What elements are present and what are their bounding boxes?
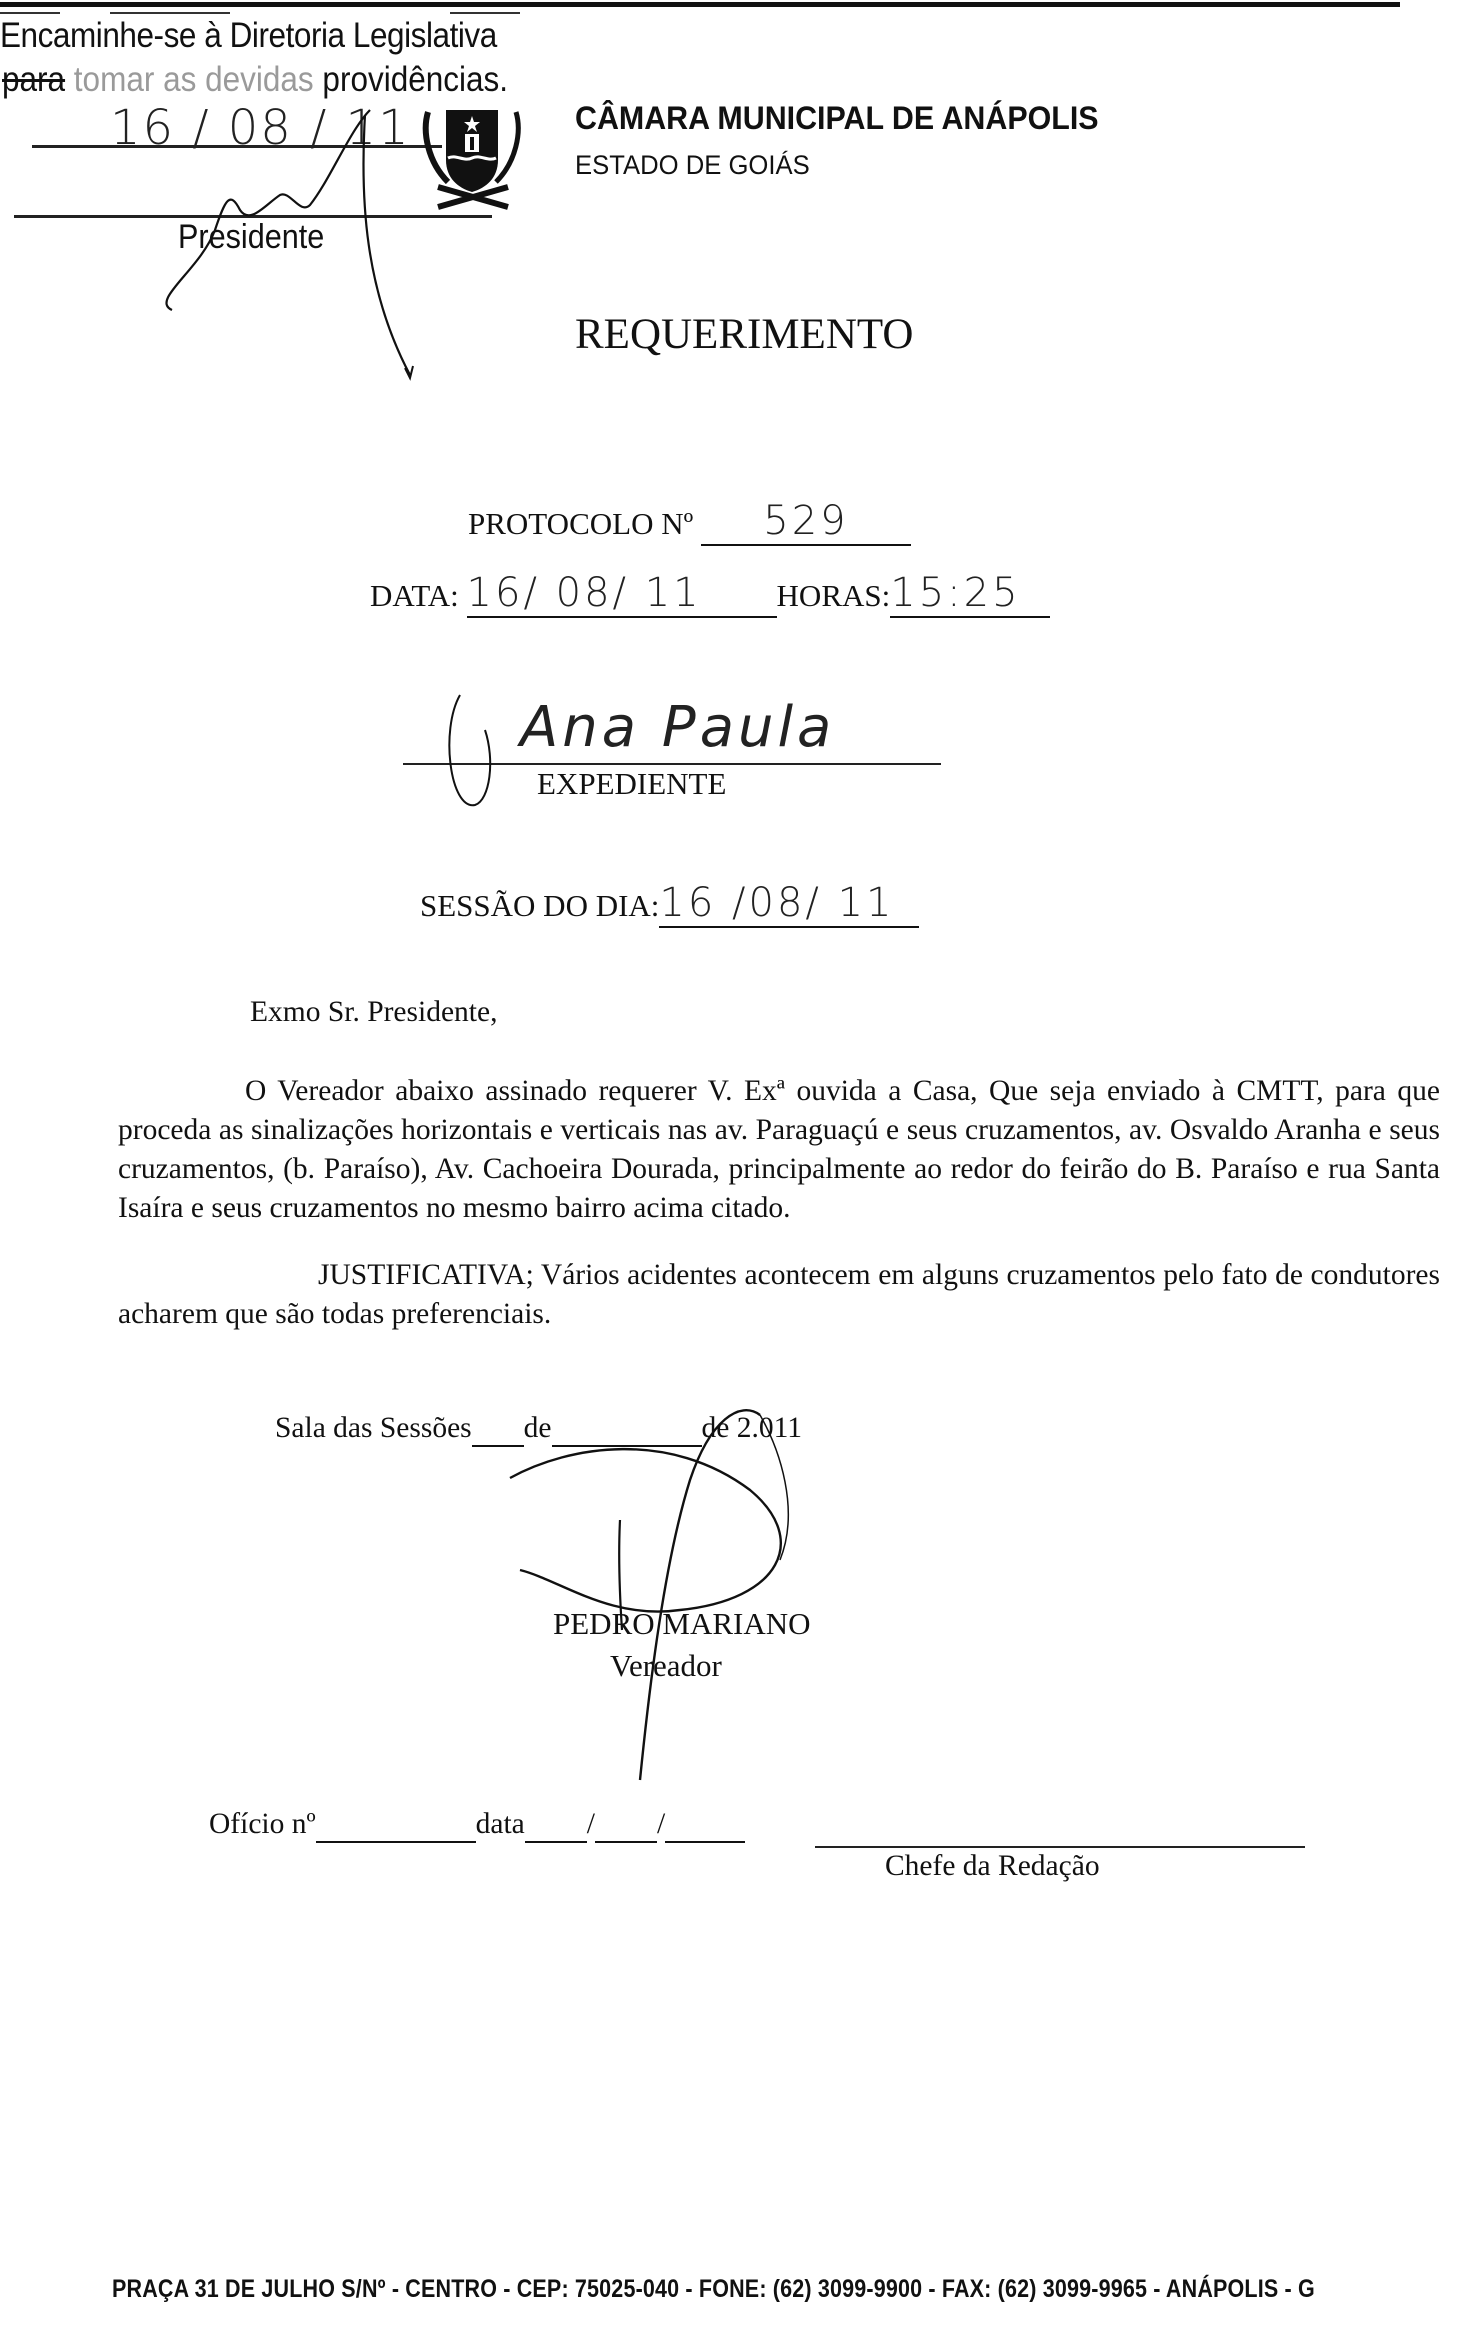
place-date-line: Sala das Sessões de de 2.011 <box>275 1412 802 1447</box>
oficio-label: Ofício nº <box>209 1808 316 1840</box>
protocol-field: PROTOCOLO Nº 529 <box>468 498 911 546</box>
scan-artifact <box>0 12 60 14</box>
stamp-presidente-label: Presidente <box>178 218 324 257</box>
session-value: 16 /08/ 11 <box>659 880 894 926</box>
organization-state: ESTADO DE GOIÁS <box>575 150 810 181</box>
data-label: data <box>476 1808 525 1840</box>
month-blank <box>552 1412 702 1447</box>
request-text: O Vereador abaixo assinado requerer V. E… <box>118 1075 1440 1224</box>
signer-name: PEDRO MARIANO <box>553 1606 811 1642</box>
salutation: Exmo Sr. Presidente, <box>250 996 497 1029</box>
year-label: de 2.011 <box>702 1412 803 1444</box>
session-value-line: 16 /08/ 11 <box>659 880 919 928</box>
stamp-date-line <box>32 145 442 148</box>
scan-artifact <box>110 12 230 14</box>
expediente-label: EXPEDIENTE <box>537 766 726 802</box>
document-title: REQUERIMENTO <box>575 310 913 359</box>
oficio-year-blank <box>665 1808 745 1843</box>
protocol-value-line: 529 <box>701 498 911 546</box>
hours-value-line: 15:25 <box>890 570 1050 618</box>
justification-paragraph: JUSTIFICATIVA; Vários acidentes acontece… <box>118 1256 1440 1334</box>
protocol-value: 529 <box>763 498 848 544</box>
stamp-line2-faded: tomar as devidas <box>65 60 314 99</box>
scan-top-border <box>0 2 1400 7</box>
de-label-1: de <box>524 1412 552 1444</box>
date-label: DATA: <box>370 578 459 613</box>
oficio-day-blank <box>525 1808 587 1843</box>
organization-name: CÂMARA MUNICIPAL DE ANÁPOLIS <box>575 100 1099 137</box>
session-label: SESSÃO DO DIA: <box>420 888 659 923</box>
municipal-coat-of-arms-icon <box>418 92 528 212</box>
stamp-line2-prefix: para <box>2 60 65 99</box>
request-paragraph: O Vereador abaixo assinado requerer V. E… <box>118 1072 1440 1228</box>
hours-label: HORAS: <box>777 578 891 613</box>
expediente-signature: Ana Paula <box>520 695 835 760</box>
hours-value: 15:25 <box>890 570 1020 616</box>
day-blank <box>472 1412 524 1447</box>
slash-2: / <box>657 1808 665 1840</box>
despatch-stamp-line1: Encaminhe-se à Diretoria Legislativa <box>0 16 497 56</box>
footer-address: PRAÇA 31 DE JULHO S/Nº - CENTRO - CEP: 7… <box>112 2275 1315 2304</box>
date-hours-field: DATA: 16/ 08/ 11HORAS:15:25 <box>370 570 1050 618</box>
oficio-month-blank <box>595 1808 657 1843</box>
place-label: Sala das Sessões <box>275 1412 472 1444</box>
expediente-signature-stroke-icon <box>440 690 530 820</box>
date-value-line: 16/ 08/ 11 <box>467 570 777 618</box>
slash-1: / <box>587 1808 595 1840</box>
justification-text: JUSTIFICATIVA; Vários acidentes acontece… <box>118 1259 1440 1330</box>
expediente-line <box>403 763 941 765</box>
scan-artifact <box>450 12 520 14</box>
protocol-label: PROTOCOLO Nº <box>468 506 693 541</box>
chefe-label: Chefe da Redação <box>885 1850 1100 1883</box>
signer-title: Vereador <box>610 1648 722 1684</box>
chefe-signature-line <box>815 1846 1305 1848</box>
oficio-number-blank <box>316 1808 476 1843</box>
session-field: SESSÃO DO DIA:16 /08/ 11 <box>420 880 919 928</box>
date-value: 16/ 08/ 11 <box>467 570 702 616</box>
oficio-field: Ofício nº data / / <box>209 1808 745 1843</box>
